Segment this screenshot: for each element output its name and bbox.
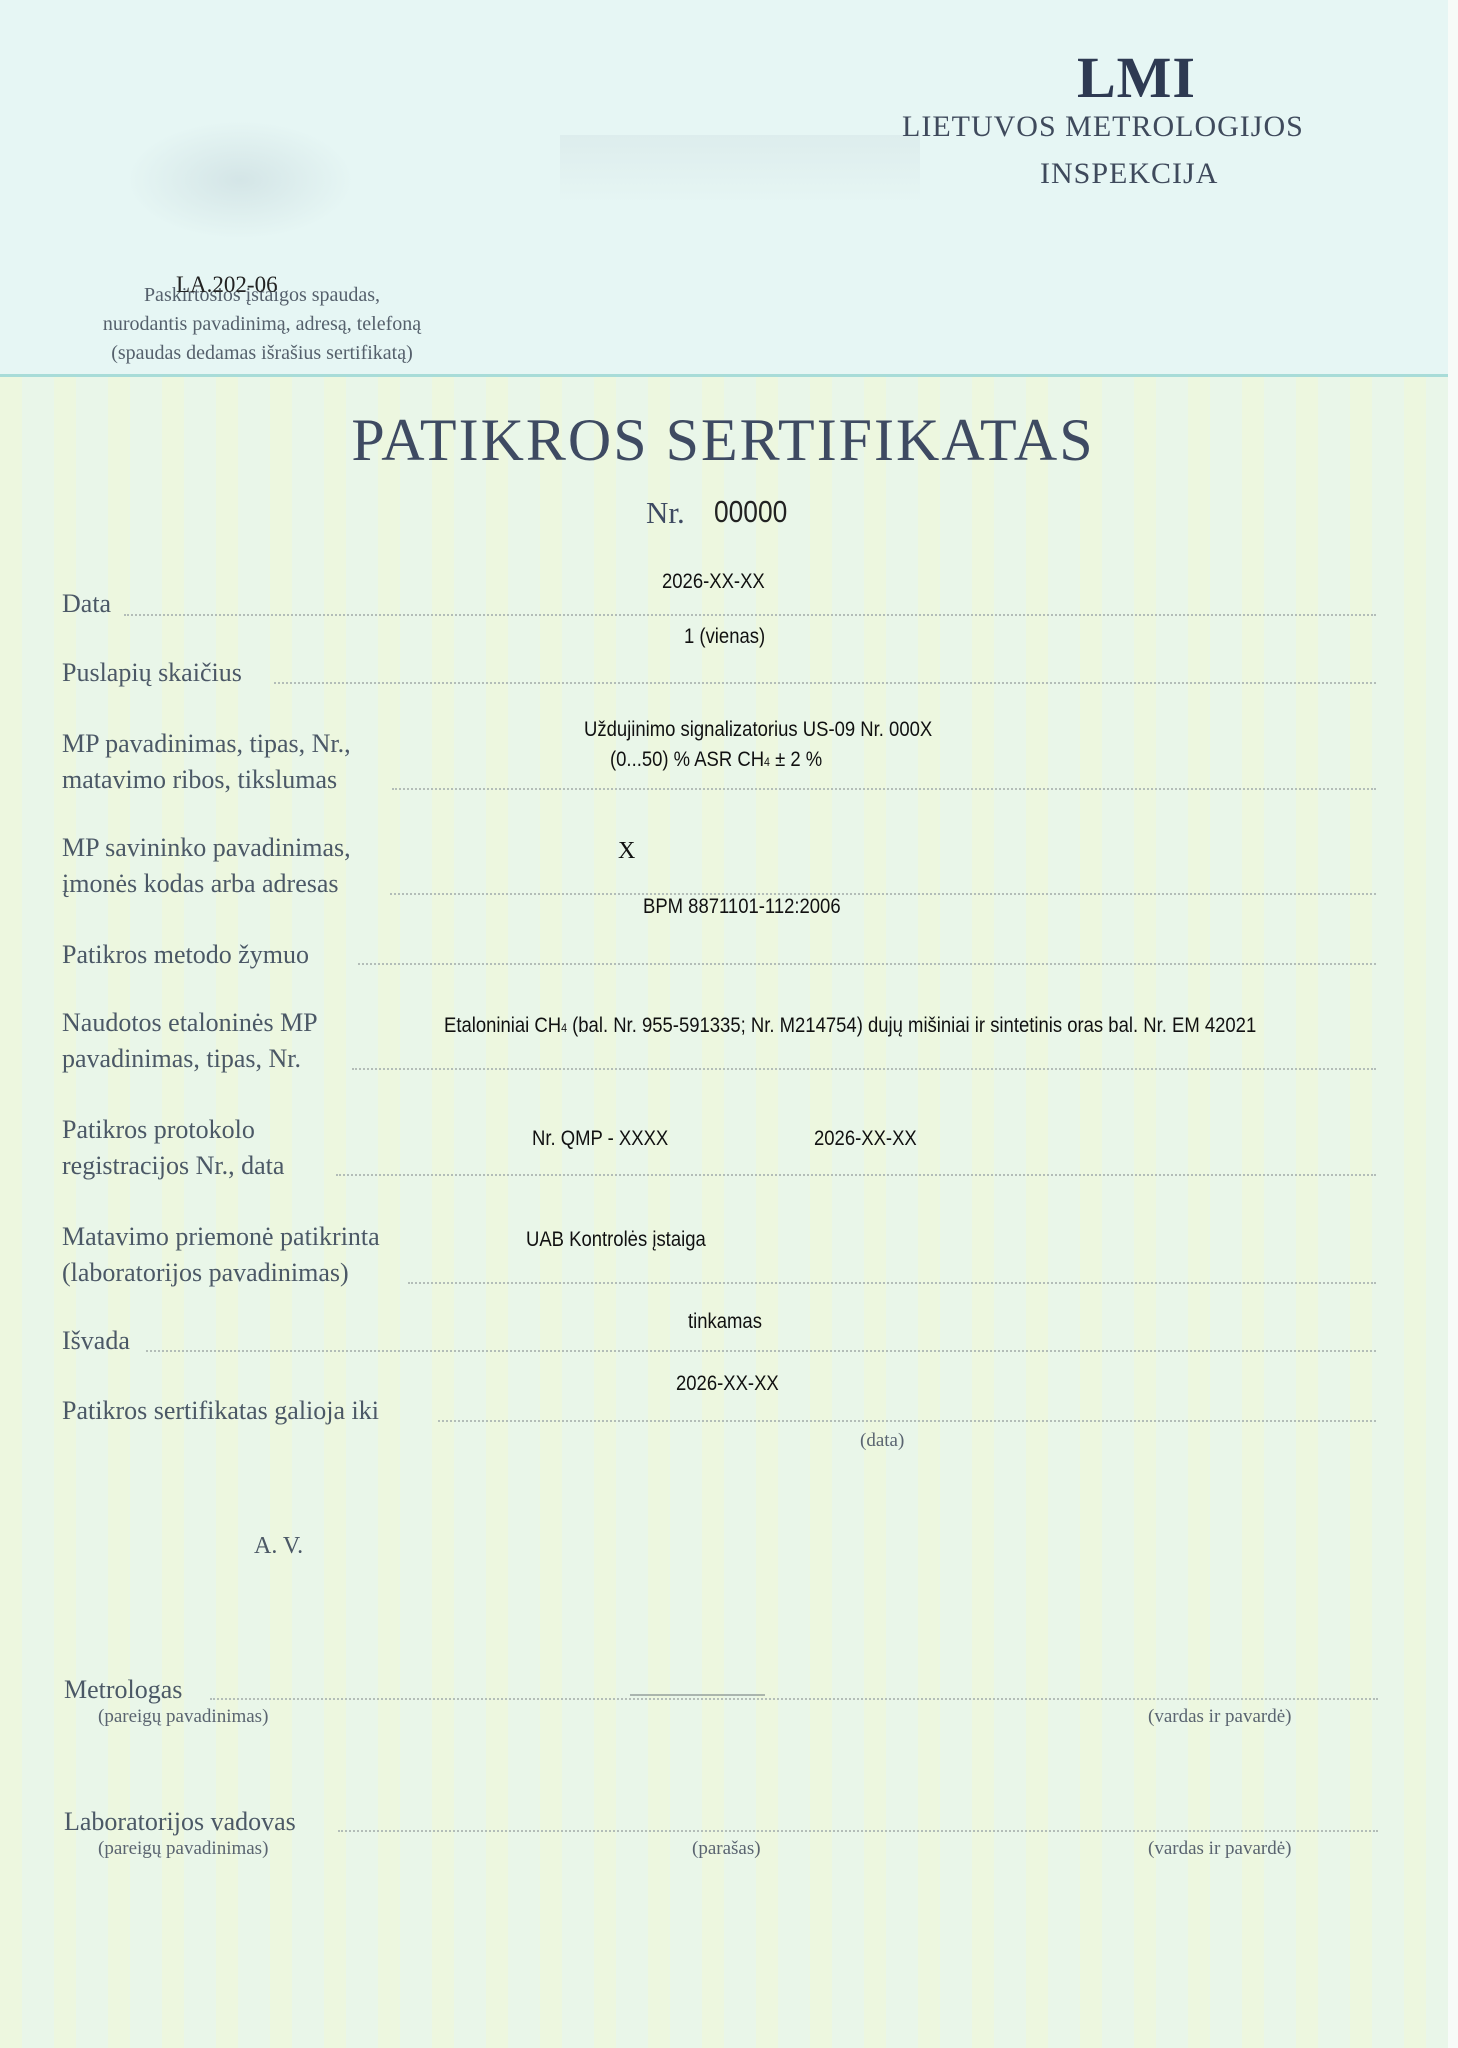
metrologist-position-hint: (pareigų pavadinimas) <box>98 1706 268 1728</box>
protocol-label-line2: registracijos Nr., data <box>62 1148 284 1184</box>
owner-label-line1: MP savininko pavadinimas, <box>62 830 351 866</box>
protocol-label-line1: Patikros protokolo <box>62 1112 255 1148</box>
lab-dotted-line <box>408 1282 1376 1284</box>
pages-label: Puslapių skaičius <box>62 655 242 691</box>
date-value: 2026-XX-XX <box>662 570 765 594</box>
lab-head-position-hint: (pareigų pavadinimas) <box>98 1838 268 1860</box>
metrologist-name-hint: (vardas ir pavardė) <box>1148 1706 1291 1728</box>
instrument-label-line2: matavimo ribos, tikslumas <box>62 762 337 798</box>
form-code: LA.202-06 <box>176 272 278 298</box>
lab-head-dotted-line <box>338 1830 1378 1832</box>
metrologist-signature-mark <box>630 1694 765 1696</box>
method-dotted-line <box>358 963 1376 965</box>
valid-until-label: Patikros sertifikatas galioja iki <box>62 1393 379 1429</box>
owner-value: X <box>618 838 635 865</box>
lab-value: UAB Kontrolės įstaiga <box>526 1228 706 1252</box>
pages-dotted-line <box>274 682 1376 684</box>
brand-logo-text: LMI <box>1077 44 1196 111</box>
certificate-number-value: 00000 <box>714 494 787 530</box>
brand-name-line1: LIETUVOS METROLOGIJOS <box>902 110 1304 144</box>
owner-label-line2: įmonės kodas arba adresas <box>62 866 339 902</box>
date-dotted-line <box>124 614 1376 616</box>
faint-stamp-address <box>560 135 920 205</box>
lab-head-signature-hint: (parašas) <box>692 1838 761 1860</box>
protocol-number-value: Nr. QMP - XXXX <box>532 1127 668 1151</box>
owner-dotted-line <box>390 893 1376 895</box>
conclusion-value: tinkamas <box>688 1310 762 1334</box>
standards-label-line1: Naudotos etaloninės MP <box>62 1005 318 1041</box>
valid-until-hint: (data) <box>860 1430 904 1452</box>
certificate-number-label: Nr. <box>646 495 685 531</box>
instrument-label-line1: MP pavadinimas, tipas, Nr., <box>62 726 351 762</box>
page-edge <box>1448 0 1458 2048</box>
instrument-value-line1: Uždujinimo signalizatorius US-09 Nr. 000… <box>584 718 932 742</box>
metrologist-dotted-line <box>210 1698 1378 1700</box>
valid-until-dotted-line <box>438 1420 1376 1422</box>
lab-label-line1: Matavimo priemonė patikrinta <box>62 1219 380 1255</box>
conclusion-dotted-line <box>146 1350 1376 1352</box>
standards-label-line2: pavadinimas, tipas, Nr. <box>62 1041 301 1077</box>
certificate-title: PATIKROS SERTIFIKATAS <box>0 406 1458 475</box>
lab-head-name-hint: (vardas ir pavardė) <box>1148 1838 1291 1860</box>
metrologist-label: Metrologas <box>64 1672 182 1708</box>
standards-value: Etaloniniai CH4 (bal. Nr. 955-591335; Nr… <box>444 1014 1256 1038</box>
header-divider <box>0 374 1448 377</box>
protocol-date-value: 2026-XX-XX <box>814 1127 917 1151</box>
lab-label-line2: (laboratorijos pavadinimas) <box>62 1255 349 1291</box>
faint-stamp-emblem <box>125 120 355 240</box>
stamp-note-line3: (spaudas dedamas išrašius sertifikatą) <box>22 342 502 365</box>
standards-dotted-line <box>352 1068 1376 1070</box>
method-value: BPM 8871101-112:2006 <box>643 895 841 919</box>
instrument-value-line2: (0...50) % ASR CH4 ± 2 % <box>610 748 822 772</box>
protocol-dotted-line <box>336 1174 1376 1176</box>
lab-head-label: Laboratorijos vadovas <box>64 1804 296 1840</box>
brand-name-line2: INSPEKCIJA <box>1040 157 1218 191</box>
valid-until-value: 2026-XX-XX <box>676 1372 779 1396</box>
method-label: Patikros metodo žymuo <box>62 937 309 973</box>
conclusion-label: Išvada <box>62 1323 130 1359</box>
seal-placeholder-label: A. V. <box>254 1533 303 1560</box>
pages-value: 1 (vienas) <box>684 625 765 649</box>
instrument-dotted-line <box>392 788 1376 790</box>
stamp-note-line2: nurodantis pavadinimą, adresą, telefoną <box>22 313 502 336</box>
date-label: Data <box>62 586 111 622</box>
